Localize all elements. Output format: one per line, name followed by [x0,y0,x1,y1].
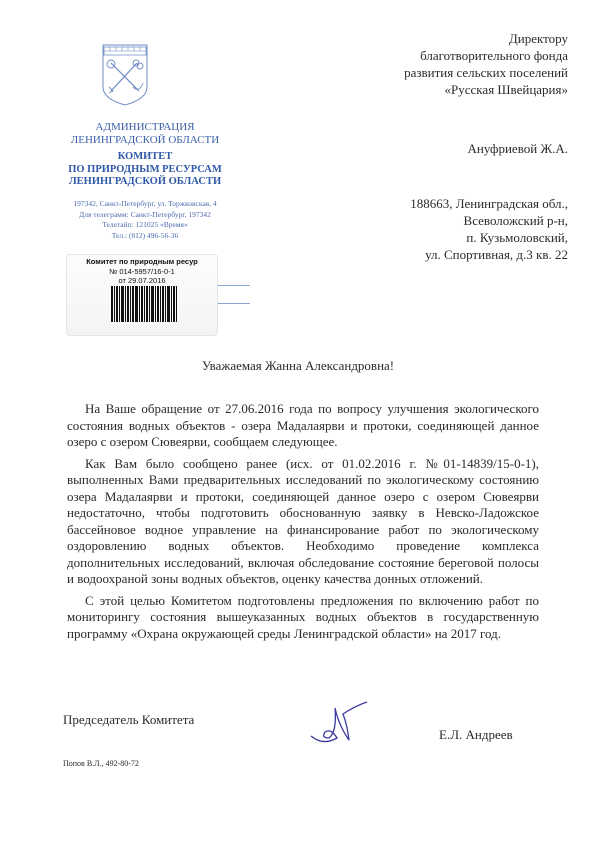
barcode-icon [111,286,177,322]
recipient-org-line-1: благотворительного фонда [404,47,568,64]
body-paragraph-3: С этой целью Комитетом подготовлены пред… [67,593,539,643]
letterhead-line [216,285,250,286]
contact-address: 197342, Санкт-Петербург, ул. Торжковская… [60,199,230,210]
recipient-org-line-2: развития сельских поселений [404,64,568,81]
letterhead-line [216,303,250,304]
letterhead-administration: АДМИНИСТРАЦИЯ ЛЕНИНГРАДСКОЙ ОБЛАСТИ [60,121,230,147]
executor-contact: Попов В.Л., 492-80-72 [63,759,139,768]
stamp-date: от 29.07.2016 [67,276,217,285]
contact-teletype: Телетайп: 121025 «Время» [60,220,230,231]
signatory-title: Председатель Комитета [63,712,194,728]
body-paragraph-2: Как Вам было сообщено ранее (исх. от 01.… [67,456,539,588]
stamp-number: № 014-5957/16-0-1 [67,267,217,276]
admin-line-1: АДМИНИСТРАЦИЯ [60,121,230,134]
contact-phone: Тел.: (812) 496-56-36 [60,231,230,242]
recipient-block: Директору благотворительного фонда разви… [404,30,568,98]
letter-body: На Ваше обращение от 27.06.2016 года по … [67,401,539,647]
contact-telegram: Для телеграмм: Санкт-Петербург, 197342 [60,210,230,221]
letterhead-contacts: 197342, Санкт-Петербург, ул. Торжковская… [60,199,230,241]
handwritten-signature-icon [303,698,378,748]
registration-stamp: Комитет по природным ресур № 014-5957/16… [66,254,218,336]
recipient-address: 188663, Ленинградская обл., Всеволожский… [410,195,568,263]
address-line-3: п. Кузьмоловский, [410,229,568,246]
signatory-name: Е.Л. Андреев [439,727,513,743]
stamp-organization: Комитет по природным ресур [67,257,217,266]
admin-line-2: ЛЕНИНГРАДСКОЙ ОБЛАСТИ [60,134,230,147]
recipient-org-line-3: «Русская Швейцария» [404,81,568,98]
letterhead-committee: КОМИТЕТ ПО ПРИРОДНЫМ РЕСУРСАМ ЛЕНИНГРАДС… [60,151,230,189]
greeting: Уважаемая Жанна Александровна! [0,358,596,374]
committee-line-2: ПО ПРИРОДНЫМ РЕСУРСАМ [60,164,230,177]
address-line-2: Всеволожский р-н, [410,212,568,229]
coat-of-arms-icon [101,43,149,109]
recipient-name: Ануфриевой Ж.А. [468,140,568,157]
committee-line-3: ЛЕНИНГРАДСКОЙ ОБЛАСТИ [60,176,230,189]
address-line-4: ул. Спортивная, д.3 кв. 22 [410,246,568,263]
body-paragraph-1: На Ваше обращение от 27.06.2016 года по … [67,401,539,451]
address-line-1: 188663, Ленинградская обл., [410,195,568,212]
recipient-position: Директору [404,30,568,47]
committee-line-1: КОМИТЕТ [60,151,230,164]
